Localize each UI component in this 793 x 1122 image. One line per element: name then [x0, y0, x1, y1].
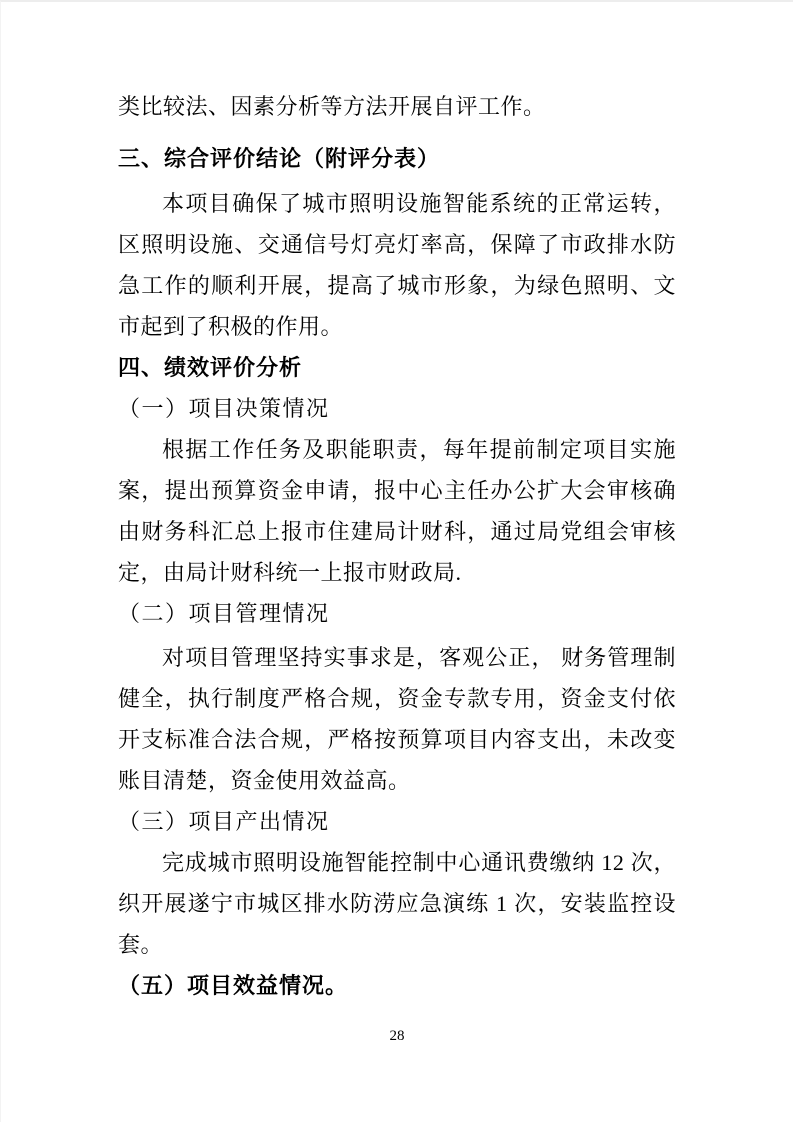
paragraph-line: 账目清楚，资金使用效益高。 — [118, 760, 676, 801]
paragraph-line: 急工作的顺利开展，提高了城市形象，为绿色照明、文明城 — [118, 265, 676, 306]
document-body: 类比较法、因素分析等方法开展自评工作。三、综合评价结论（附评分表）本项目确保了城… — [118, 86, 676, 1006]
paragraph: 本项目确保了城市照明设施智能系统的正常运转，老城区照明设施、交通信号灯亮灯率高，… — [118, 183, 676, 347]
sub-heading: （三）项目产出情况 — [118, 801, 676, 842]
paragraph-line: 由财务科汇总上报市住建局计财科，通过局党组会审核确 — [118, 511, 676, 552]
paragraph-line: 案，提出预算资金申请，报中心主任办公扩大会审核确定， — [118, 470, 676, 511]
paragraph-line: 定，由局计财科统一上报市财政局. — [118, 552, 676, 593]
paragraph-line: 完成城市照明设施智能控制中心通讯费缴纳 12 次，组 — [118, 842, 676, 883]
section-heading: 三、综合评价结论（附评分表） — [118, 138, 676, 179]
section-heading: （五）项目效益情况。 — [118, 965, 676, 1006]
paragraph-line: 区照明设施、交通信号灯亮灯率高，保障了市政排水防涝应 — [118, 224, 676, 265]
sub-heading: （一）项目决策情况 — [118, 388, 676, 429]
sub-heading: （二）项目管理情况 — [118, 593, 676, 634]
document-page: 类比较法、因素分析等方法开展自评工作。三、综合评价结论（附评分表）本项目确保了城… — [0, 0, 793, 1122]
paragraph-line: 根据工作任务及职能职责，每年提前制定项目实施方 — [118, 429, 676, 470]
section-heading: 四、绩效评价分析 — [118, 347, 676, 388]
paragraph: 对项目管理坚持实事求是，客观公正， 财务管理制度健全，执行制度严格合规，资金专款… — [118, 637, 676, 801]
paragraph-line: 织开展遂宁市城区排水防涝应急演练 1 次，安装监控设备 2 — [118, 883, 676, 924]
paragraph-line: 类比较法、因素分析等方法开展自评工作。 — [118, 86, 676, 127]
paragraph-line: 本项目确保了城市照明设施智能系统的正常运转，老城 — [118, 183, 676, 224]
paragraph-line: 套。 — [118, 924, 676, 965]
page-number: 28 — [1, 1026, 793, 1046]
paragraph: 完成城市照明设施智能控制中心通讯费缴纳 12 次，组织开展遂宁市城区排水防涝应急… — [118, 842, 676, 965]
paragraph-line: 开支标准合法合规，严格按预算项目内容支出，未改变用途， — [118, 719, 676, 760]
paragraph: 类比较法、因素分析等方法开展自评工作。 — [118, 86, 676, 127]
paragraph-line: 市起到了积极的作用。 — [118, 306, 676, 347]
paragraph-line: 健全，执行制度严格合规，资金专款专用，资金支付依据和 — [118, 678, 676, 719]
paragraph: 根据工作任务及职能职责，每年提前制定项目实施方案，提出预算资金申请，报中心主任办… — [118, 429, 676, 593]
paragraph-line: 对项目管理坚持实事求是，客观公正， 财务管理制度 — [118, 637, 676, 678]
